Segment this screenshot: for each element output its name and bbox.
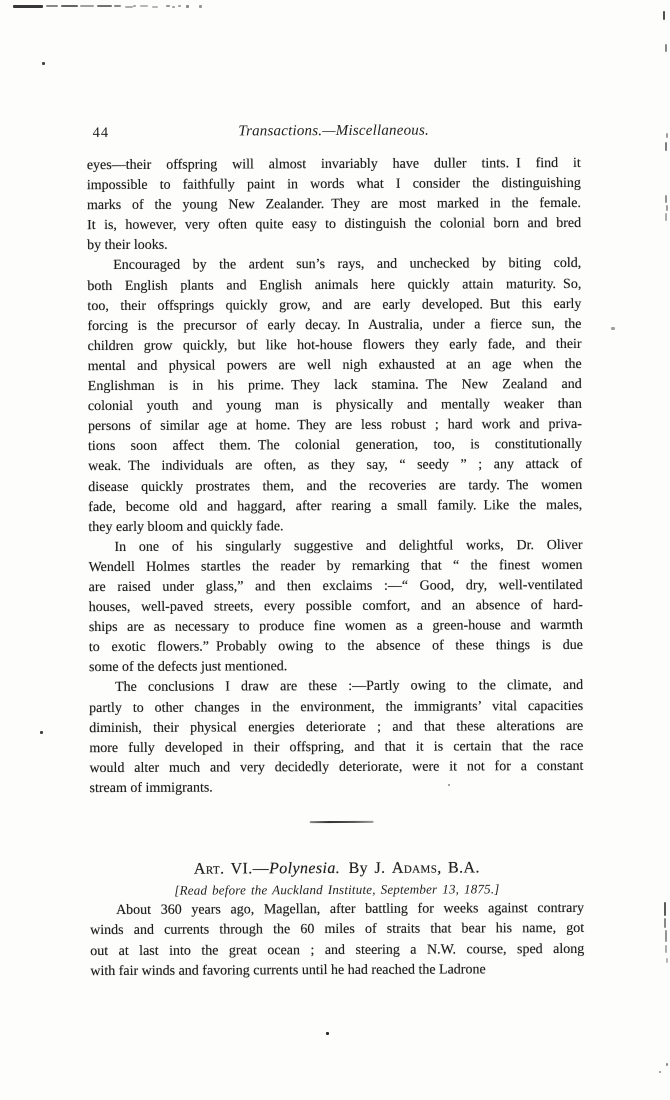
scan-artifact-speck <box>42 62 45 65</box>
text-line: forcing is the precursor of early decay.… <box>87 315 581 337</box>
text-line: children grow quickly, but like hot-hous… <box>88 335 582 357</box>
author-name: Adams <box>392 860 437 877</box>
scan-artifact-speck <box>664 918 666 928</box>
scan-artifact-speck <box>666 958 668 963</box>
text-line: winds and currents through the 60 miles … <box>90 919 584 941</box>
scan-artifact-speck <box>46 5 58 7</box>
scan-artifact-speck <box>166 5 170 7</box>
author-degree: , B.A. <box>437 859 480 876</box>
scan-artifact-speck <box>80 5 94 7</box>
text-line: some of the defects just mentioned. <box>89 656 583 678</box>
text-line: disease quickly prostrates them, and the… <box>88 475 582 497</box>
scan-artifact-speck <box>666 1063 668 1066</box>
article-five-continuation-text: eyes—their offspring will almost invaria… <box>87 154 584 799</box>
scan-artifact-speck <box>61 5 78 7</box>
scan-artifact-speck <box>666 133 668 138</box>
scan-artifact-speck <box>665 930 667 942</box>
scan-artifact-speck <box>97 5 112 7</box>
text-line: weak. The individuals are often, as they… <box>88 455 582 477</box>
text-line: Wendell Holmes startles the reader by re… <box>89 556 583 578</box>
text-line: mental and physical powers are well nigh… <box>88 355 582 377</box>
scan-artifact-speck <box>666 205 668 211</box>
text-line: impossible to faithfully paint in words … <box>87 174 581 196</box>
scan-artifact-speck <box>140 5 148 7</box>
article-number-label: Art. VI.— <box>194 860 269 877</box>
text-line: stream of immigrants. <box>89 777 583 799</box>
scan-artifact-speck <box>611 327 615 330</box>
text-line: It is, however, very often quite easy to… <box>87 214 581 236</box>
page-header: 44 Transactions.—Miscellaneous. <box>87 122 581 142</box>
text-line: are raised under glass,” and then exclai… <box>89 576 583 598</box>
scan-artifact-speck <box>125 6 133 8</box>
scan-artifact-speck <box>326 1032 329 1035</box>
text-line: they early bloom and quickly fade. <box>88 516 582 538</box>
scan-artifact-speck <box>114 5 121 7</box>
scan-artifact-speck <box>663 11 665 20</box>
scan-artifact-speck <box>665 945 667 953</box>
text-line: with fair winds and favoring currents un… <box>90 960 584 982</box>
text-line: eyes—their offspring will almost invaria… <box>87 154 581 176</box>
text-line: marks of the young New Zealander. They a… <box>87 194 581 216</box>
scan-artifact-speck <box>13 5 43 8</box>
scan-artifact-speck <box>152 6 158 8</box>
text-line: Englishman is in his prime. They lack st… <box>88 375 582 397</box>
text-line: About 360 years ago, Magellan, after bat… <box>90 899 584 921</box>
page-background: 44 Transactions.—Miscellaneous. eyes—the… <box>0 0 670 1100</box>
scan-artifact-speck <box>186 5 189 8</box>
text-line: houses, well-paved streets, every possib… <box>89 596 583 618</box>
text-line: ships are as necessary to produce fine w… <box>89 616 583 638</box>
text-line: both English plants and English animals … <box>87 274 581 296</box>
text-line: tions soon affect them. The colonial gen… <box>88 435 582 457</box>
text-line: by their looks. <box>87 234 581 256</box>
scan-artifact-speck <box>133 5 136 7</box>
scan-artifact-speck <box>199 5 202 8</box>
scan-artifact-speck <box>664 902 666 916</box>
text-line: would alter much and very decidedly dete… <box>89 757 583 779</box>
article-title: Polynesia. <box>269 860 340 877</box>
text-line: In one of his singularly suggestive and … <box>88 536 582 558</box>
running-head: Transactions.—Miscellaneous. <box>87 122 581 141</box>
scan-artifact-speck <box>665 142 667 151</box>
scan-artifact-speck <box>172 6 175 8</box>
text-line: too, their offsprings quickly grow, and … <box>87 295 581 317</box>
scan-artifact-speck <box>448 784 450 786</box>
text-line: fade, become old and haggard, after rear… <box>88 496 582 518</box>
scan-artifact-speck <box>665 213 667 221</box>
text-line: to exotic flowers.” Probably owing to th… <box>89 636 583 658</box>
scanned-page: { "page": { "number": "44", "running_hea… <box>0 0 670 1100</box>
section-divider-rule <box>310 821 374 823</box>
text-line: Encouraged by the ardent sun’s rays, and… <box>87 254 581 276</box>
byline-prefix: By J. <box>340 860 392 877</box>
text-line: diminish, their physical energies deteri… <box>89 717 583 739</box>
scan-artifact-speck <box>659 1071 661 1073</box>
text-line: persons of similar age at home. They are… <box>88 415 582 437</box>
scan-artifact-speck <box>178 5 181 7</box>
scanned-content: 44 Transactions.—Miscellaneous. eyes—the… <box>0 0 670 1100</box>
text-line: colonial youth and young man is physical… <box>88 395 582 417</box>
scan-artifact-speck <box>40 731 43 734</box>
text-line: partly to other changes in the environme… <box>89 696 583 718</box>
text-line: out at last into the great ocean ; and s… <box>90 940 584 962</box>
article-six-opening-text: About 360 years ago, Magellan, after bat… <box>90 899 584 982</box>
article-heading: Art. VI.—Polynesia. By J. Adams, B.A. <box>90 859 584 879</box>
text-line: more fully developed in their offspring,… <box>89 737 583 759</box>
scan-artifact-speck <box>665 195 667 203</box>
read-before-note: [Read before the Auckland Institute, Sep… <box>90 881 584 899</box>
text-line: The conclusions I draw are these :—Partl… <box>89 676 583 698</box>
scan-artifact-speck <box>665 44 667 52</box>
